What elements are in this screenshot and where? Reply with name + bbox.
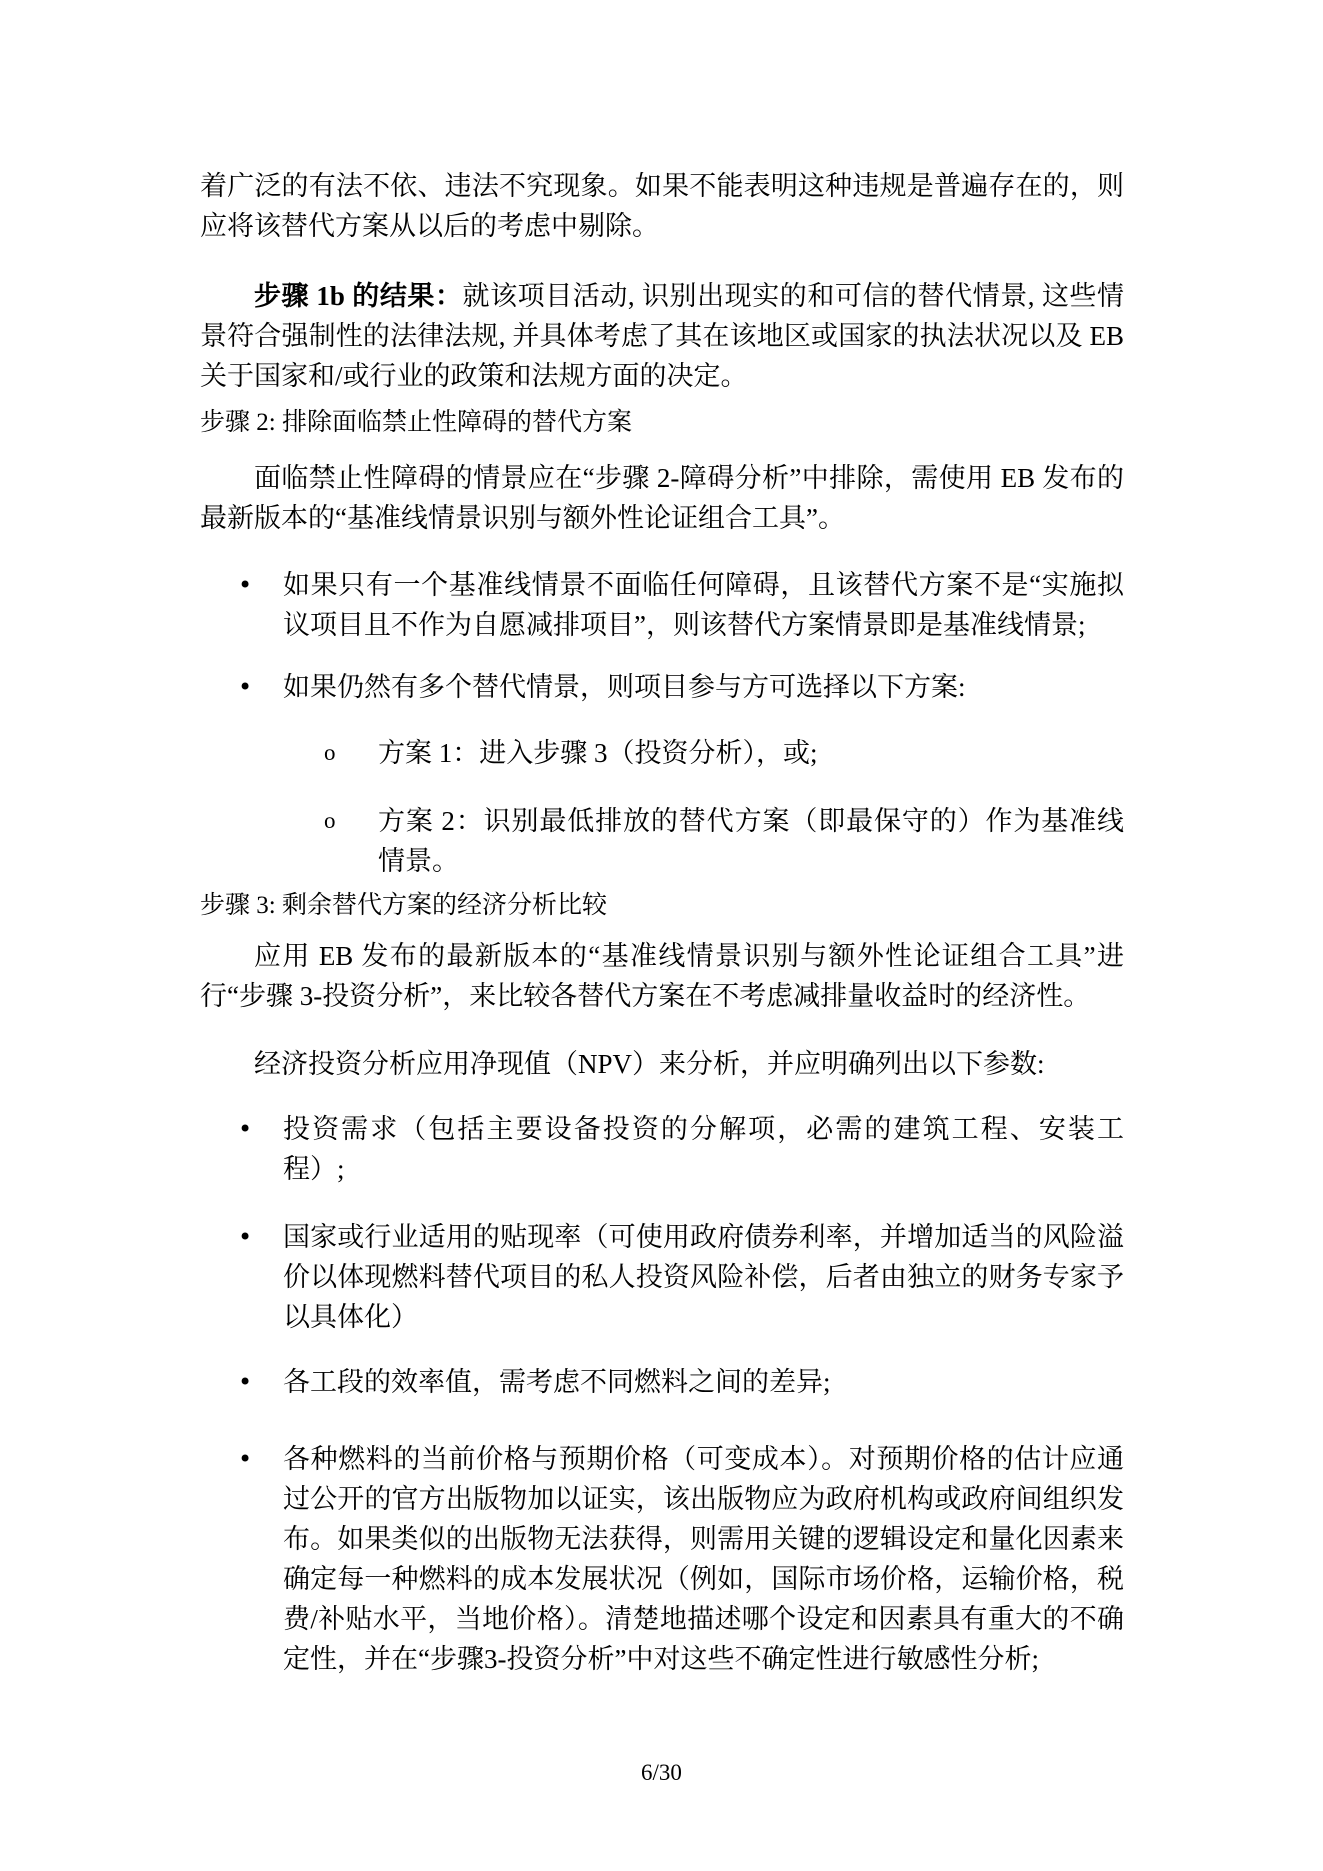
paragraph-step2-intro: 面临禁止性障碍的情景应在“步骤 2-障碍分析”中排除，需使用 EB 发布的最新版… [200,458,1124,538]
option-text: 方案 2：识别最低排放的替代方案（即最保守的）作为基准线情景。 [378,806,1124,876]
heading-step2: 步骤 2: 排除面临禁止性障碍的替代方案 [200,403,1124,443]
bullet-text: 投资需求（包括主要设备投资的分解项，必需的建筑工程、安装工程）; [283,1114,1124,1184]
paragraph-step3-intro: 应用 EB 发布的最新版本的“基准线情景识别与额外性论证组合工具”进行“步骤 3… [200,936,1124,1016]
document-page: 着广泛的有法不依、违法不究现象。如果不能表明这种违规是普遍存在的，则应将该替代方… [0,0,1323,1871]
bullet-item: • 国家或行业适用的贴现率（可使用政府债券利率，并增加适当的风险溢价以体现燃料替… [200,1217,1124,1337]
paragraph-intro-continuation: 着广泛的有法不依、违法不究现象。如果不能表明这种违规是普遍存在的，则应将该替代方… [200,166,1124,246]
bullet-text: 如果仍然有多个替代情景，则项目参与方可选择以下方案: [283,672,966,702]
page-number: 6/30 [641,1760,682,1785]
bullet-icon: • [238,1217,252,1257]
list-item-option2: o 方案 2：识别最低排放的替代方案（即最保守的）作为基准线情景。 [200,801,1124,881]
bullet-list-step2: • 如果只有一个基准线情景不面临任何障碍，且该替代方案不是“实施拟议项目且不作为… [200,565,1124,707]
list-item-option1: o 方案 1：进入步骤 3（投资分析），或; [200,733,1124,773]
bullet-item: • 如果仍然有多个替代情景，则项目参与方可选择以下方案: [200,667,1124,707]
bullet-item: • 投资需求（包括主要设备投资的分解项，必需的建筑工程、安装工程）; [200,1109,1124,1189]
bullet-icon: • [238,565,252,605]
option-text: 方案 1：进入步骤 3（投资分析），或; [378,738,818,768]
document-body: 着广泛的有法不依、违法不究现象。如果不能表明这种违规是普遍存在的，则应将该替代方… [200,166,1124,1679]
circle-bullet-icon: o [324,801,336,841]
bullet-text: 各工段的效率值，需考虑不同燃料之间的差异; [283,1367,831,1397]
bullet-icon: • [238,1439,252,1479]
page-footer: 6/30 [0,1758,1323,1788]
bullet-item: • 如果只有一个基准线情景不面临任何障碍，且该替代方案不是“实施拟议项目且不作为… [200,565,1124,645]
heading-step3: 步骤 3: 剩余替代方案的经济分析比较 [200,886,1124,926]
bullet-text: 国家或行业适用的贴现率（可使用政府债券利率，并增加适当的风险溢价以体现燃料替代项… [283,1222,1124,1332]
bullet-icon: • [238,1109,252,1149]
step1b-result-label: 步骤 1b 的结果： [254,281,463,311]
paragraph-step1b-result: 步骤 1b 的结果：就该项目活动, 识别出现实的和可信的替代情景, 这些情景符合… [200,276,1124,396]
paragraph-npv-intro: 经济投资分析应用净现值（NPV）来分析，并应明确列出以下参数: [200,1044,1124,1084]
bullet-item: • 各工段的效率值，需考虑不同燃料之间的差异; [200,1362,1124,1402]
circle-bullet-icon: o [324,733,336,773]
bullet-text: 如果只有一个基准线情景不面临任何障碍，且该替代方案不是“实施拟议项目且不作为自愿… [283,570,1124,640]
sub-option-list: o 方案 1：进入步骤 3（投资分析），或; o 方案 2：识别最低排放的替代方… [200,733,1124,881]
bullet-text: 各种燃料的当前价格与预期价格（可变成本）。对预期价格的估计应通过公开的官方出版物… [283,1444,1124,1674]
bullet-item: • 各种燃料的当前价格与预期价格（可变成本）。对预期价格的估计应通过公开的官方出… [200,1439,1124,1679]
bullet-icon: • [238,1362,252,1402]
bullet-list-step3-parameters: • 投资需求（包括主要设备投资的分解项，必需的建筑工程、安装工程）; • 国家或… [200,1109,1124,1679]
bullet-icon: • [238,667,252,707]
